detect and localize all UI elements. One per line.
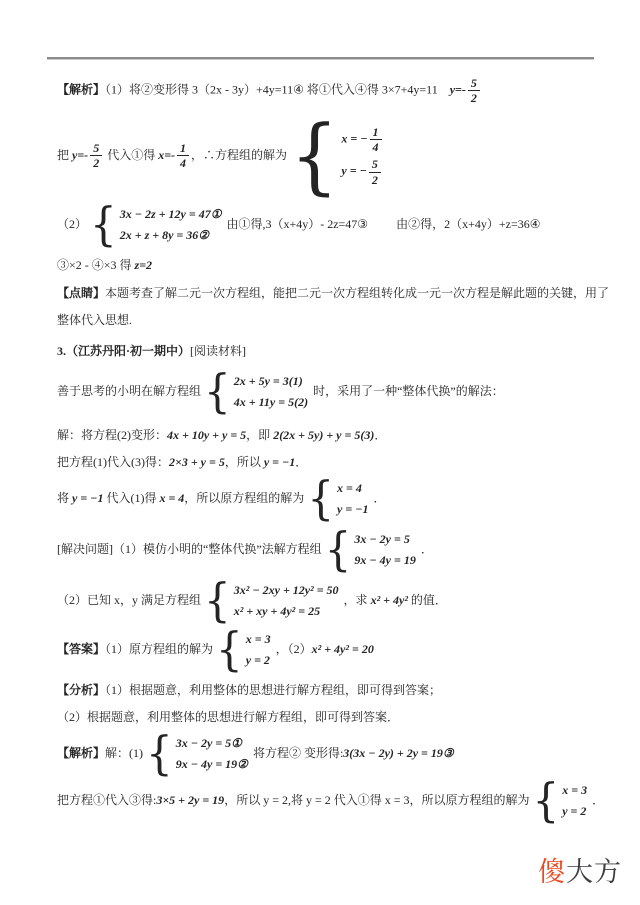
para-xiaoming-step2: 把方程(1)代入(3)得：2×3 + y = 5，所以 y = −1．	[57, 453, 597, 471]
left-brace: {	[307, 476, 334, 521]
para-solution-part1: 【解析】（1）将②变形得 3（2x - 3y）+4y=11④ 将①代入④得 3×…	[57, 76, 597, 106]
text-run: 代入(1)得	[103, 491, 159, 505]
text-run: 时，采用了一种“整体代换”的解法：	[313, 384, 504, 398]
fraction-numerator: 5	[468, 76, 480, 91]
math-run: 3×5 + 2y = 19	[156, 793, 224, 807]
para-analysis-1: 【分析】（1）根据题意，利用整体的思想进行解方程组，即可得到答案；	[57, 681, 597, 699]
fraction-numerator: 1	[370, 125, 382, 140]
left-brace: {	[146, 731, 173, 776]
equation-row: 2x + z + 8y = 36②	[120, 226, 222, 244]
math-run: y = −1	[264, 455, 295, 469]
fraction-1-4: 14	[370, 125, 382, 155]
text-run: （1）将②变形得 3（2x - 3y）+4y=11④ 将①代入④得 3×7+4y…	[105, 83, 450, 97]
math-run: x² + 4y² = 20	[312, 642, 374, 656]
text-run: 将方程② 变形得:	[253, 746, 343, 760]
fraction-denominator: 2	[468, 91, 480, 105]
section-label-fenxi: 【分析】	[57, 683, 105, 697]
text-run: ③×2 - ④×3 得	[57, 258, 135, 272]
section-label-jiexi: 【解析】	[57, 83, 105, 97]
left-brace: {	[204, 578, 231, 623]
math-run: y=-	[72, 148, 88, 162]
text-run: 代入①得	[104, 148, 158, 162]
equation-row: 4x + 11y = 5(2)	[234, 393, 308, 411]
equation-row: x = −14	[341, 125, 383, 155]
left-brace: {	[90, 202, 117, 247]
watermark-rest-text: 大方	[566, 857, 622, 887]
equation-row: 3x² − 2xy + 12y² = 50	[234, 581, 339, 599]
math-run: 2(2x + 5y) + y = 5(3)	[273, 428, 374, 442]
left-brace: {	[216, 627, 243, 672]
equation-row: 9x − 4y = 19	[354, 551, 415, 569]
equation-system-final: {x = 3y = 2	[533, 780, 588, 822]
equation-row: 3x − 2z + 12y = 47①	[120, 205, 222, 223]
para-key-point-continued: 整体代入思想.	[57, 311, 597, 329]
text-run: 把	[57, 148, 72, 162]
document-content: 【解析】（1）将②变形得 3（2x - 3y）+4y=11④ 将①代入④得 3×…	[57, 76, 597, 822]
text-run: ，所以原方程组的解为	[184, 491, 304, 505]
equation-row: x = 3	[246, 630, 271, 648]
math-run: y=-	[450, 83, 466, 97]
math-run: x = 4	[159, 491, 184, 505]
fraction-denominator: 4	[370, 140, 382, 154]
math-run: y = −	[341, 164, 366, 178]
text-run: ．	[421, 542, 433, 556]
equation-row: x² + xy + 4y² = 25	[234, 602, 339, 620]
equation-row: 3x − 2y = 5	[354, 530, 415, 548]
para-solution3-conclusion: 把方程①代入③得:3×5 + 2y = 19，所以 y = 2,将 y = 2 …	[57, 780, 597, 822]
text-run: 将	[57, 491, 72, 505]
reading-material-tag: [阅读材料]	[190, 344, 246, 358]
fraction-1-4: 14	[177, 141, 189, 171]
para-problem3-title: 3.（江苏丹阳·初一期中）[阅读材料]	[57, 342, 597, 360]
math-run: z=2	[135, 258, 153, 272]
math-run: x=-	[158, 148, 175, 162]
equation-row: y = −52	[341, 157, 383, 187]
text-run: ，（2）	[276, 642, 312, 656]
text-run: 由①得,3（x+4y）- 2z=47③	[226, 217, 368, 231]
equation-system-q2: {3x² − 2xy + 12y² = 50x² + xy + 4y² = 25	[204, 580, 339, 622]
left-brace: {	[290, 115, 338, 197]
equation-row: 3x − 2y = 5①	[176, 734, 248, 752]
para-solution3-step1: 【解析】解：(1){3x − 2y = 5①9x − 4y = 19②将方程② …	[57, 733, 597, 775]
para-solution-part1-conclusion: 把 y=-52 代入①得 x=-14，∴方程组的解为{x = −14y = −5…	[57, 118, 597, 194]
equation-row: y = 2	[562, 802, 587, 820]
equation-row: x = 3	[562, 781, 587, 799]
horizontal-rule	[47, 57, 594, 60]
para-answer: 【答案】（1）原方程组的解为{x = 3y = 2，（2）x² + 4y² = …	[57, 629, 597, 671]
text-run: （2）已知 x，y 满足方程组	[57, 593, 201, 607]
text-run: 本题考查了解二元一次方程组，能把二元一次方程组转化成一元一次方程是解此题的关键，…	[105, 286, 609, 300]
fraction-denominator: 2	[90, 156, 102, 170]
watermark-accent-text: 傻	[538, 857, 566, 887]
para-elimination-step: ③×2 - ④×3 得 z=2	[57, 256, 597, 274]
para-key-point: 【点睛】本题考查了解二元一次方程组，能把二元一次方程组转化成一元一次方程是解此题…	[57, 284, 597, 302]
fraction-denominator: 2	[369, 173, 381, 187]
fraction-numerator: 5	[90, 141, 102, 156]
text-run: 整体代入思想.	[57, 313, 132, 327]
fraction-numerator: 1	[177, 141, 189, 156]
text-run: ，即	[246, 428, 273, 442]
para-analysis-2: （2）根据题意，利用整体的思想进行解方程组，即可得到答案．	[57, 708, 597, 726]
equation-system-solution-fractions: {x = −14y = −52	[290, 118, 383, 194]
section-label-jiexi2: 【解析】	[57, 746, 105, 760]
text-run: 善于思考的小明在解方程组	[57, 384, 201, 398]
para-solution-part2: （2）{3x − 2z + 12y = 47①2x + z + 8y = 36②…	[57, 204, 597, 246]
text-run: 的值．	[408, 593, 447, 607]
math-run: 4x + 10y + y = 5	[167, 428, 246, 442]
fraction-5-2: 52	[90, 141, 102, 171]
math-run: x = −	[341, 131, 367, 145]
para-reading-material-intro: 善于思考的小明在解方程组{2x + 5y = 3(1)4x + 11y = 5(…	[57, 371, 597, 413]
text-run: 解：(1)	[105, 746, 143, 760]
fraction-5-2: 52	[468, 76, 480, 106]
math-run: 2×3 + y = 5	[169, 455, 225, 469]
section-label-daan: 【答案】	[57, 642, 105, 656]
fraction-5-2: 52	[369, 157, 381, 187]
equation-row: 9x − 4y = 19②	[176, 755, 248, 773]
left-brace: {	[533, 778, 560, 823]
fraction-numerator: 5	[369, 157, 381, 172]
equation-system-solution3: {3x − 2y = 5①9x − 4y = 19②	[146, 733, 248, 775]
para-xiaoming-step1: 解：将方程(2)变形：4x + 10y + y = 5，即 2(2x + 5y)…	[57, 426, 597, 444]
equation-row: x = 4	[337, 479, 368, 497]
para-solve-problem-q1: [解决问题]（1）模仿小明的“整体代换”法解方程组{3x − 2y = 59x …	[57, 529, 597, 571]
text-run: （2）	[57, 217, 87, 231]
text-run: 把方程(1)代入(3)得：	[57, 455, 169, 469]
text-run: ．	[374, 428, 386, 442]
equation-system-answer: {x = 3y = 2	[216, 629, 271, 671]
text-run: ，求	[344, 593, 371, 607]
left-brace: {	[325, 527, 352, 572]
text-run: （1）原方程组的解为	[105, 642, 213, 656]
text-run: （2）根据题意，利用整体的思想进行解方程组，即可得到答案．	[57, 710, 399, 724]
text-run: 把方程①代入③得:	[57, 793, 156, 807]
math-run: y = −1	[72, 491, 103, 505]
text-run: 解：将方程(2)变形：	[57, 428, 167, 442]
equation-system-q1: {3x − 2y = 59x − 4y = 19	[325, 529, 416, 571]
text-run: ，∴方程组的解为	[191, 148, 287, 162]
para-xiaoming-conclusion: 将 y = −1 代入(1)得 x = 4，所以原方程组的解为{x = 4y =…	[57, 478, 597, 520]
text-run: ，所以	[225, 455, 264, 469]
math-run: x² + 4y²	[371, 593, 408, 607]
equation-row: 2x + 5y = 3(1)	[234, 372, 308, 390]
fraction-denominator: 4	[177, 156, 189, 170]
equation-row: y = 2	[246, 651, 271, 669]
text-run: ．	[592, 793, 604, 807]
text-run: ．	[373, 491, 385, 505]
math-run: 3(3x − 2y) + 2y = 19③	[343, 746, 453, 760]
watermark: 傻大方	[538, 850, 622, 889]
equation-system-solution-x4: {x = 4y = −1	[307, 478, 368, 520]
section-label-dianjing: 【点睛】	[57, 286, 105, 300]
text-run: ，所以 y = 2,将 y = 2 代入①得 x = 3，所以原方程组的解为	[224, 793, 529, 807]
text-run: 由②得，2（x+4y）+z=36④	[396, 217, 540, 231]
para-solve-problem-q2: （2）已知 x，y 满足方程组{3x² − 2xy + 12y² = 50x² …	[57, 580, 597, 622]
problem-number-source: 3.（江苏丹阳·初一期中）	[57, 344, 190, 358]
equation-system-part2: {3x − 2z + 12y = 47①2x + z + 8y = 36②	[90, 204, 221, 246]
text-run: ．	[295, 455, 307, 469]
text-run: （1）根据题意，利用整体的思想进行解方程组，即可得到答案；	[105, 683, 441, 697]
equation-system-xiaoming: {2x + 5y = 3(1)4x + 11y = 5(2)	[204, 371, 308, 413]
text-run: [解决问题]（1）模仿小明的“整体代换”法解方程组	[57, 542, 322, 556]
equation-row: y = −1	[337, 500, 368, 518]
left-brace: {	[204, 369, 231, 414]
